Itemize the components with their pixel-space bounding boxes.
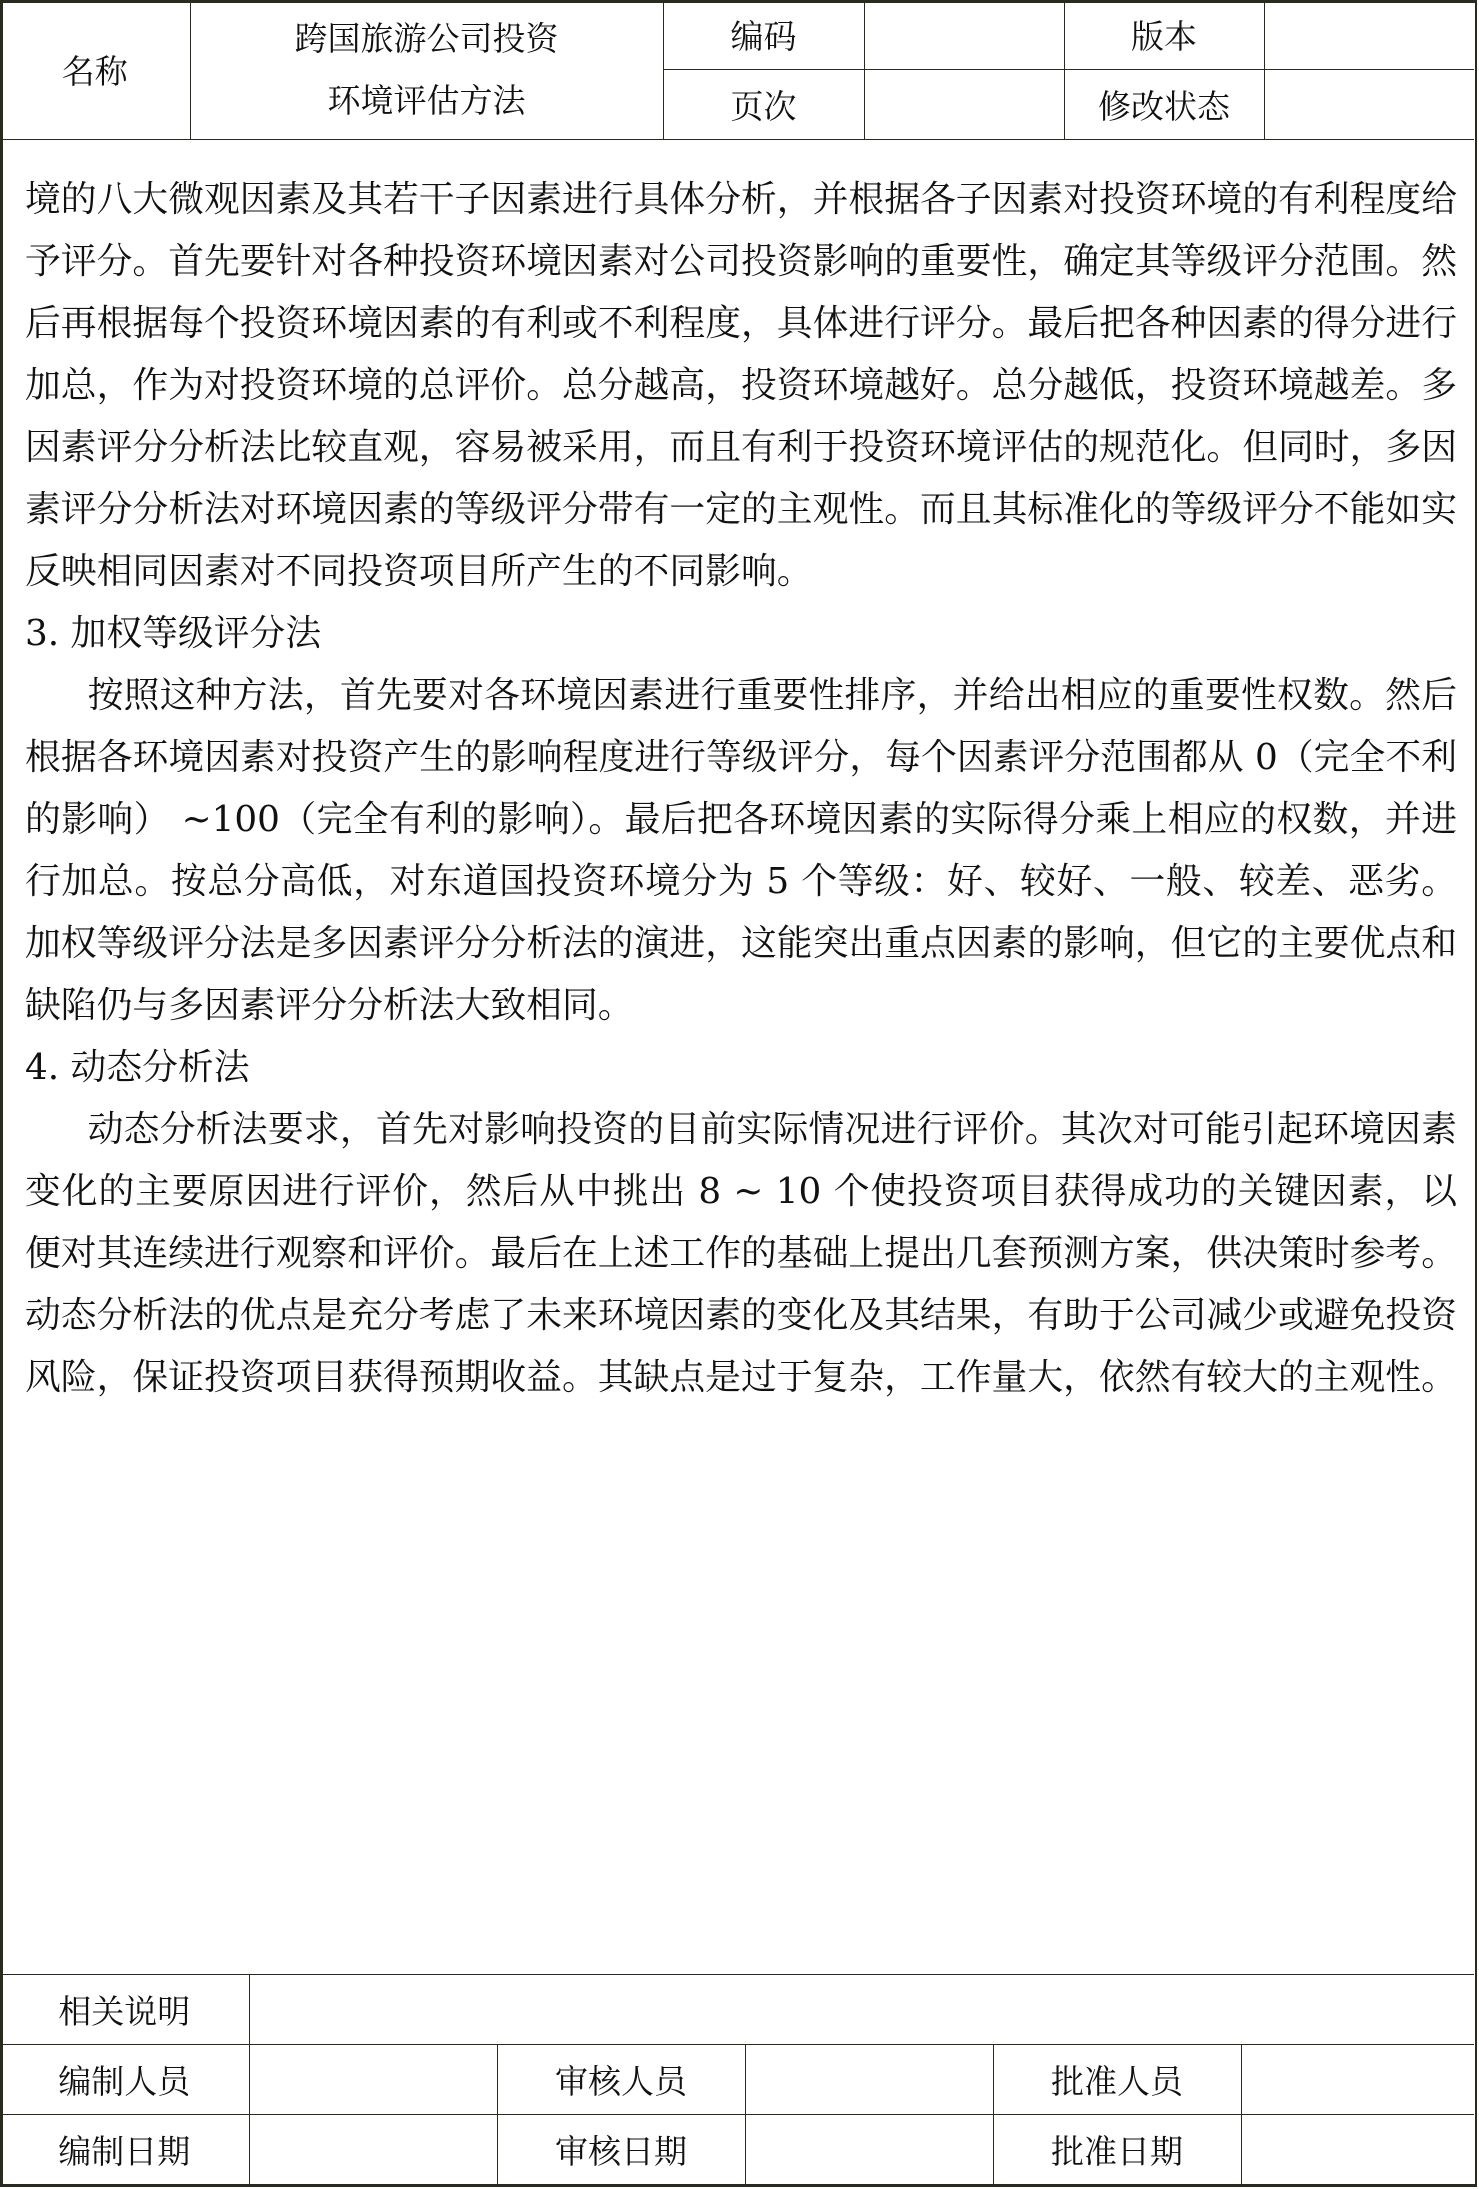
notes-label: 相关说明: [0, 1975, 249, 2045]
revision-status-label: 修改状态: [1064, 70, 1264, 140]
document-title-line2: 环境评估方法: [328, 81, 526, 120]
page-value[interactable]: [864, 70, 1064, 140]
prepared-by-value[interactable]: [249, 2045, 497, 2115]
document-title: 跨国旅游公司投资 环境评估方法: [190, 0, 663, 140]
paragraph-dynamic-analysis: 动态分析法要求，首先对影响投资的目前实际情况进行评价。其次对可能引起环境因素变化…: [25, 1099, 1457, 1409]
footer-table: 相关说明 编制人员 审核人员 批准人员 编制日期 审核日期 批准日期: [0, 1974, 1474, 2184]
code-label: 编码: [663, 0, 864, 70]
prepared-date-value[interactable]: [249, 2115, 497, 2185]
approved-by-label: 批准人员: [993, 2045, 1241, 2115]
approved-date-value[interactable]: [1241, 2115, 1474, 2185]
reviewed-by-label: 审核人员: [497, 2045, 745, 2115]
prepared-by-label: 编制人员: [0, 2045, 249, 2115]
approved-date-label: 批准日期: [993, 2115, 1241, 2185]
name-label: 名称: [0, 0, 190, 140]
reviewed-date-value[interactable]: [745, 2115, 993, 2185]
section-heading-weighted-rating: 3. 加权等级评分法: [25, 603, 1457, 665]
reviewed-by-value[interactable]: [745, 2045, 993, 2115]
page-label: 页次: [663, 70, 864, 140]
document-body: 境的八大微观因素及其若干子因素进行具体分析，并根据各子因素对投资环境的有利程度给…: [25, 169, 1457, 1409]
reviewed-date-label: 审核日期: [497, 2115, 745, 2185]
version-value[interactable]: [1264, 0, 1474, 70]
header-table: 名称 跨国旅游公司投资 环境评估方法 编码 版本 页次 修改状态: [0, 0, 1474, 140]
version-label: 版本: [1064, 0, 1264, 70]
paragraph-weighted-rating: 按照这种方法，首先要对各环境因素进行重要性排序，并给出相应的重要性权数。然后根据…: [25, 665, 1457, 1037]
notes-value[interactable]: [249, 1975, 1474, 2045]
code-value[interactable]: [864, 0, 1064, 70]
section-heading-dynamic-analysis: 4. 动态分析法: [25, 1037, 1457, 1099]
approved-by-value[interactable]: [1241, 2045, 1474, 2115]
document-title-line1: 跨国旅游公司投资: [295, 19, 559, 58]
paragraph-multifactor: 境的八大微观因素及其若干子因素进行具体分析，并根据各子因素对投资环境的有利程度给…: [25, 169, 1457, 603]
prepared-date-label: 编制日期: [0, 2115, 249, 2185]
revision-status-value[interactable]: [1264, 70, 1474, 140]
